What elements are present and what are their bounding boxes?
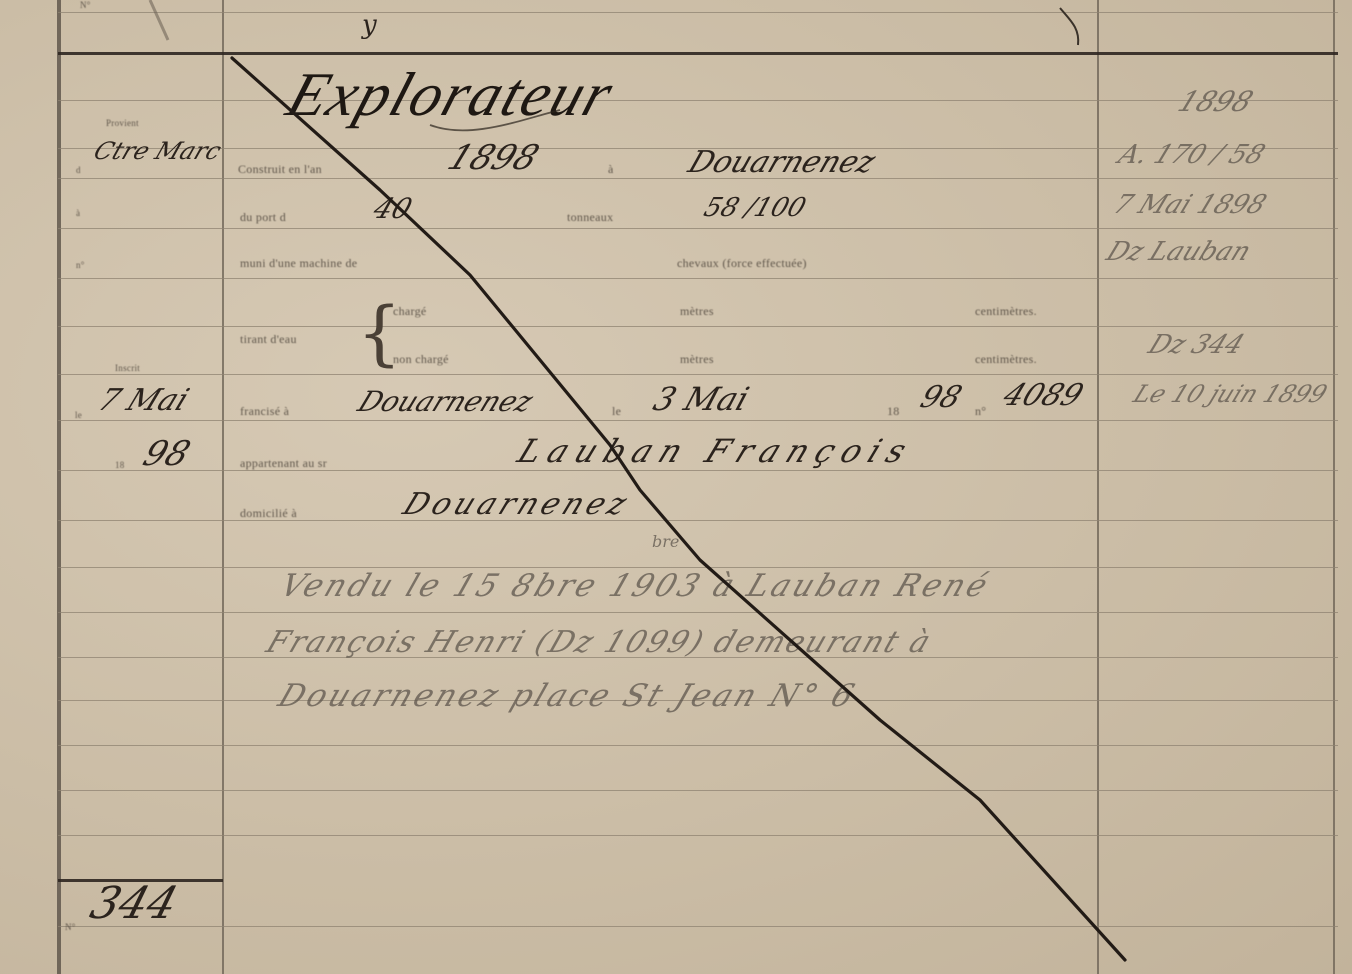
cancellation-strike xyxy=(0,0,1352,974)
